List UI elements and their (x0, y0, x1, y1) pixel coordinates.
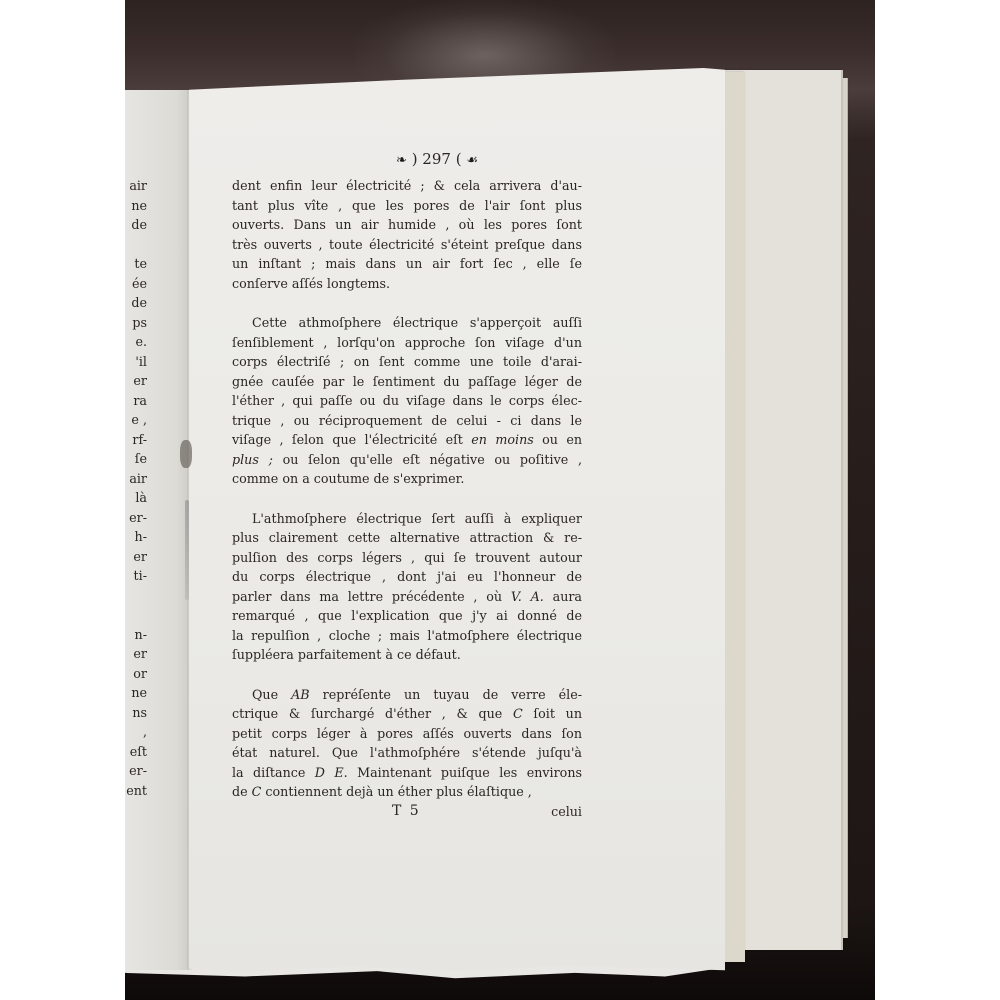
text-line: ctrique & ſurchargé d'éther , & que C ſo… (232, 704, 582, 724)
text-line: parler dans ma lettre précédente , où V.… (232, 587, 582, 607)
paragraph: Que AB repréſente un tuyau de verre éle-… (232, 685, 582, 802)
fragment-text (125, 586, 147, 606)
fragment-text: e. (125, 332, 147, 352)
fragment-text: là (125, 488, 147, 508)
fragment-text: rf- (125, 430, 147, 450)
fragment-text: er- (125, 508, 147, 528)
text-line: la diſtance D E. Maintenant puiſque les … (232, 763, 582, 783)
fragment-text: air (125, 469, 147, 489)
fragment-text: n- (125, 625, 147, 645)
fragment-text: er- (125, 761, 147, 781)
text-line: L'athmoſphere électrique ſert auſſi à ex… (232, 509, 582, 529)
paper-tear (180, 440, 192, 468)
signature-mark: T 5 (392, 802, 421, 822)
fragment-text: er (125, 644, 147, 664)
photograph: airnedeteéedepse.'ilerrae ,rf-ſeairlàer-… (125, 0, 875, 1000)
page-footer: T 5 celui (232, 802, 582, 822)
fragment-text: 'il (125, 352, 147, 372)
text-line: corps électriſé ; on ſent comme une toil… (232, 352, 582, 372)
fragment-text: , (125, 722, 147, 742)
facing-page: airnedeteéedepse.'ilerrae ,rf-ſeairlàer-… (125, 90, 189, 970)
body-paragraphs: dent enfin leur électricité ; & cela arr… (232, 176, 582, 802)
paper-crease (185, 500, 189, 600)
fragment-text: ne (125, 683, 147, 703)
fragment-text: h- (125, 527, 147, 547)
fragment-text: eſt (125, 742, 147, 762)
text-line: ouverts. Dans un air humide , où les por… (232, 215, 582, 235)
fragment-text: de (125, 215, 147, 235)
text-line: remarqué , que l'explication que j'y ai … (232, 606, 582, 626)
fragment-text: ée (125, 274, 147, 294)
fragment-text: ns (125, 703, 147, 723)
fragment-text (125, 235, 147, 255)
text-line: l'éther , qui paſſe ou du viſage dans le… (232, 391, 582, 411)
fragment-text: de (125, 293, 147, 313)
text-line: petit corps léger à pores aſſés ouverts … (232, 724, 582, 744)
fragment-text: air (125, 176, 147, 196)
fragment-text: or (125, 664, 147, 684)
text-line: conſerve aſſés longtems. (232, 274, 582, 294)
fragment-text: ti- (125, 566, 147, 586)
text-line: un inſtant ; mais dans un air fort ſec ,… (232, 254, 582, 274)
fragment-text: ent (125, 781, 147, 801)
fragment-text: ſe (125, 449, 147, 469)
fragment-text: er (125, 547, 147, 567)
text-line: Que AB repréſente un tuyau de verre éle- (232, 685, 582, 705)
text-line: la repulſion , cloche ; mais l'atmoſpher… (232, 626, 582, 646)
text-line: état naturel. Que l'athmoſphére s'étende… (232, 743, 582, 763)
ornament-left-icon: ❧ (396, 153, 407, 168)
fragment-text: er (125, 371, 147, 391)
text-line: ſuppléera parfaitement à ce défaut. (232, 645, 582, 665)
paragraph: Cette athmoſphere électrique s'apperçoit… (232, 313, 582, 489)
page-text: ❧ ) 297 ( ☙ dent enfin leur électricité … (232, 150, 582, 822)
text-line: gnée cauſée par le ſentiment du paſſage … (232, 372, 582, 392)
text-line: comme on a coutume de s'exprimer. (232, 469, 582, 489)
ornament-right-icon: ☙ (466, 153, 478, 168)
text-line: pulſion des corps légers , qui ſe trouve… (232, 548, 582, 568)
running-header: ❧ ) 297 ( ☙ (292, 150, 582, 174)
text-line: tant plus vîte , que les pores de l'air … (232, 196, 582, 216)
fragment-text: ra (125, 391, 147, 411)
text-line: Cette athmoſphere électrique s'apperçoit… (232, 313, 582, 333)
fragment-text (125, 605, 147, 625)
catchword: celui (551, 802, 582, 822)
text-line: plus ; ou ſelon qu'elle eſt négative ou … (232, 450, 582, 470)
fragment-text: ne (125, 196, 147, 216)
page-number: ) 297 ( (412, 150, 462, 168)
paragraph: dent enfin leur électricité ; & cela arr… (232, 176, 582, 293)
text-line: du corps électrique , dont j'ai eu l'hon… (232, 567, 582, 587)
fragment-text: e , (125, 410, 147, 430)
text-line: de C contiennent dejà un éther plus élaſ… (232, 782, 582, 802)
text-line: ſenſiblement , lorſqu'on approche ſon vi… (232, 333, 582, 353)
fragment-text: te (125, 254, 147, 274)
text-line: viſage , ſelon que l'électricité eſt en … (232, 430, 582, 450)
text-line: plus clairement cette alternative attrac… (232, 528, 582, 548)
text-line: dent enfin leur électricité ; & cela arr… (232, 176, 582, 196)
paragraph: L'athmoſphere électrique ſert auſſi à ex… (232, 509, 582, 665)
fragment-text: ps (125, 313, 147, 333)
facing-page-fragments: airnedeteéedepse.'ilerrae ,rf-ſeairlàer-… (125, 176, 147, 800)
text-line: très ouverts , toute électricité s'étein… (232, 235, 582, 255)
text-line: trique , ou réciproquement de celui - ci… (232, 411, 582, 431)
